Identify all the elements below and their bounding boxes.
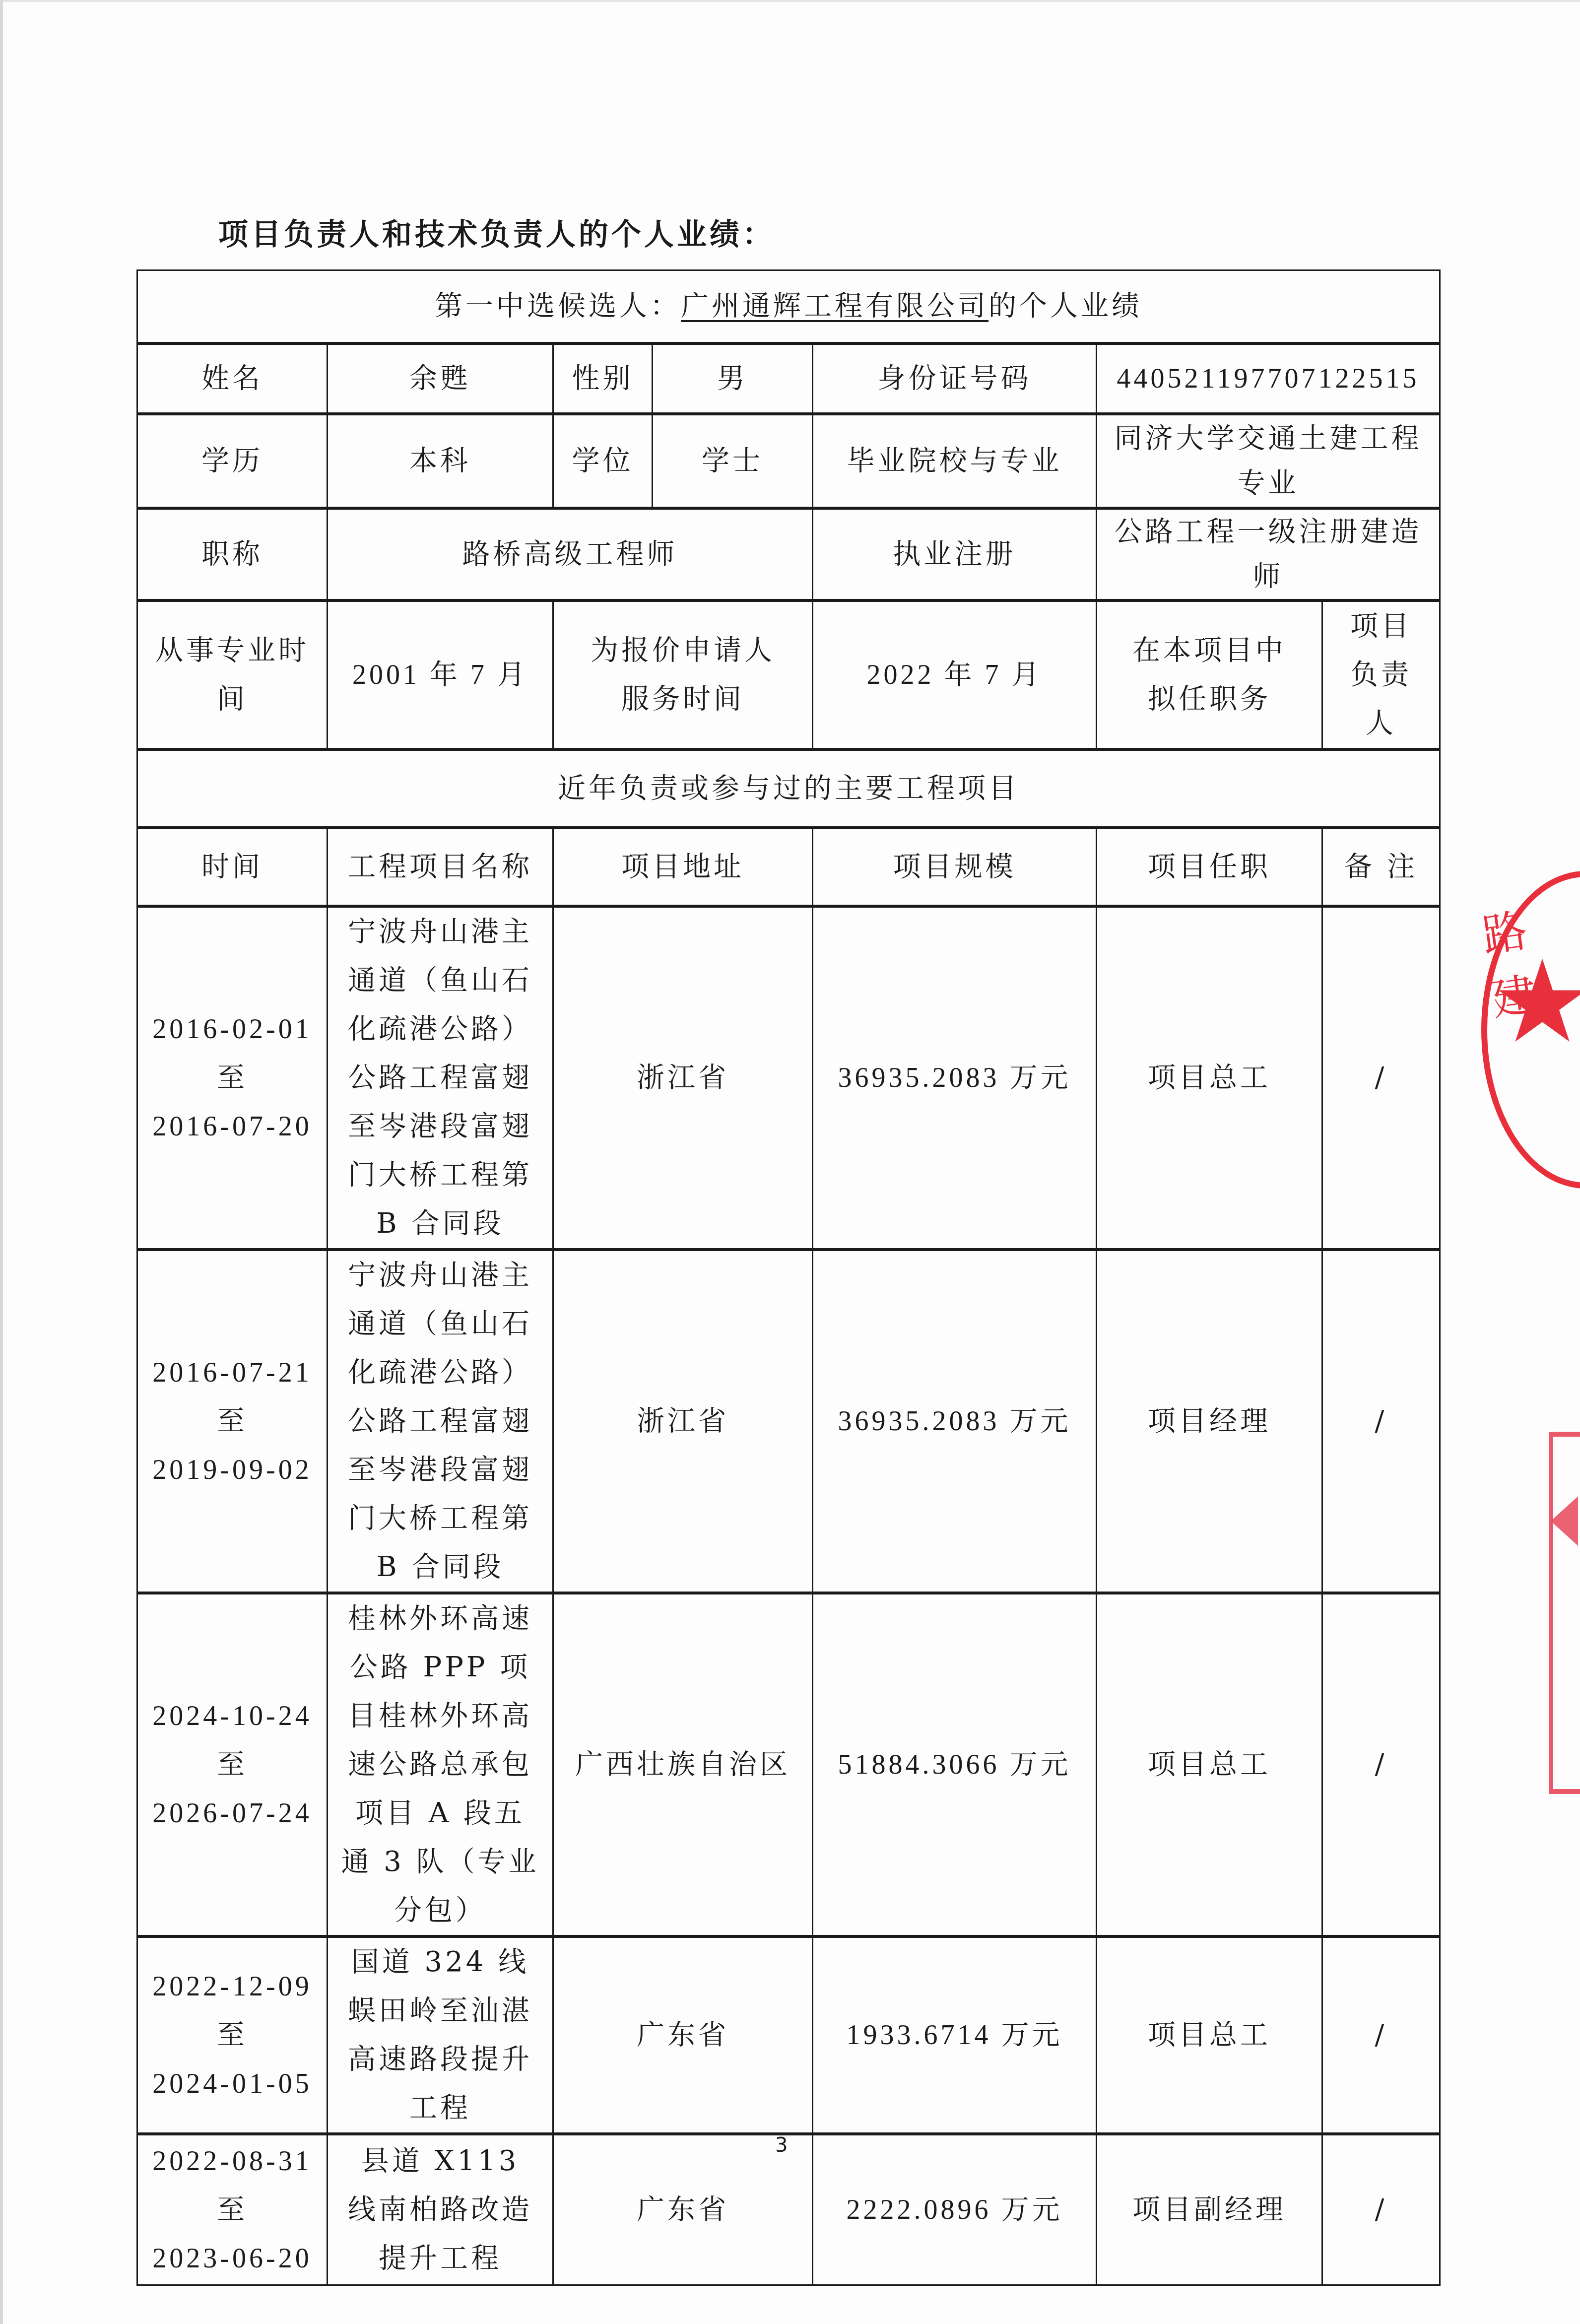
project-name: 国道 324 线蜈田岭至汕湛高速路段提升工程 bbox=[328, 1936, 553, 2134]
header-scale: 项目规模 bbox=[813, 828, 1097, 906]
project-time: 2016-02-01 至 2016-07-20 bbox=[137, 906, 328, 1250]
header-position: 项目任职 bbox=[1097, 828, 1322, 906]
project-name: 县道 X113 线南柏路改造提升工程 bbox=[328, 2134, 553, 2285]
gender-label: 性别 bbox=[553, 343, 653, 414]
projects-section-row: 近年负责或参与过的主要工程项目 bbox=[137, 749, 1440, 828]
title-label: 职称 bbox=[137, 508, 328, 600]
project-remark: / bbox=[1322, 906, 1440, 1250]
project-location: 广西壮族自治区 bbox=[553, 1593, 813, 1936]
project-location: 广东省 bbox=[553, 2134, 813, 2285]
projects-section-title: 近年负责或参与过的主要工程项目 bbox=[137, 749, 1440, 828]
page-edge bbox=[0, 0, 3, 2324]
id-label: 身份证号码 bbox=[813, 343, 1097, 414]
project-time: 2022-08-31 至 2023-06-20 bbox=[137, 2134, 328, 2285]
star-icon: ★ bbox=[1491, 945, 1580, 1060]
project-row: 2022-08-31 至 2023-06-20 县道 X113 线南柏路改造提升… bbox=[137, 2134, 1440, 2285]
projects-header-row: 时间 工程项目名称 项目地址 项目规模 项目任职 备 注 bbox=[137, 828, 1440, 906]
project-remark: / bbox=[1322, 1250, 1440, 1593]
header-remark: 备 注 bbox=[1322, 828, 1440, 906]
project-remark: / bbox=[1322, 1593, 1440, 1936]
table-title: 第一中选候选人：广州通辉工程有限公司的个人业绩 bbox=[137, 270, 1440, 343]
project-time: 2016-07-21 至 2019-09-02 bbox=[137, 1250, 328, 1593]
table-row: 姓名 余甦 性别 男 身份证号码 440521197707122515 bbox=[137, 343, 1440, 414]
project-position: 项目总工 bbox=[1097, 1936, 1322, 2134]
header-project-name: 工程项目名称 bbox=[328, 828, 553, 906]
project-scale: 2222.0896 万元 bbox=[813, 2134, 1097, 2285]
project-position: 项目副经理 bbox=[1097, 2134, 1322, 2285]
page-number: 3 bbox=[775, 2134, 788, 2157]
career-start-label: 从事专业时间 bbox=[137, 600, 328, 749]
project-location: 广东省 bbox=[553, 1936, 813, 2134]
header-time: 时间 bbox=[137, 828, 328, 906]
career-start-value: 2001 年 7 月 bbox=[328, 600, 553, 749]
table-row: 学历 本科 学位 学士 毕业院校与专业 同济大学交通土建工程专业 bbox=[137, 414, 1440, 508]
project-position: 项目总工 bbox=[1097, 1593, 1322, 1936]
name-value: 余甦 bbox=[328, 343, 553, 414]
education-label: 学历 bbox=[137, 414, 328, 508]
registration-value: 公路工程一级注册建造师 bbox=[1097, 508, 1440, 600]
title-value: 路桥高级工程师 bbox=[328, 508, 813, 600]
degree-value: 学士 bbox=[653, 414, 813, 508]
project-scale: 51884.3066 万元 bbox=[813, 1593, 1097, 1936]
project-location: 浙江省 bbox=[553, 1250, 813, 1593]
project-row: 2016-02-01 至 2016-07-20 宁波舟山港主通道（鱼山石化疏港公… bbox=[137, 906, 1440, 1250]
project-position: 项目总工 bbox=[1097, 906, 1322, 1250]
project-remark: / bbox=[1322, 2134, 1440, 2285]
table-title-row: 第一中选候选人：广州通辉工程有限公司的个人业绩 bbox=[137, 270, 1440, 343]
section-heading: 项目负责人和技术负责人的个人业绩： bbox=[218, 211, 775, 254]
project-time: 2022-12-09 至 2024-01-05 bbox=[137, 1936, 328, 2134]
project-row: 2024-10-24 至 2026-07-24 桂林外环高速公路 PPP 项目桂… bbox=[137, 1593, 1440, 1936]
gender-value: 男 bbox=[653, 343, 813, 414]
partial-seal bbox=[1549, 1432, 1580, 1794]
service-value: 2022 年 7 月 bbox=[813, 600, 1097, 749]
name-label: 姓名 bbox=[137, 343, 328, 414]
seal-fragment-icon bbox=[1551, 1496, 1578, 1546]
role-label: 在本项目中拟任职务 bbox=[1097, 600, 1322, 749]
page-edge bbox=[0, 0, 1580, 2]
project-name: 宁波舟山港主通道（鱼山石化疏港公路）公路工程富翅至岑港段富翅门大桥工程第 B 合… bbox=[328, 906, 553, 1250]
project-scale: 36935.2083 万元 bbox=[813, 906, 1097, 1250]
header-location: 项目地址 bbox=[553, 828, 813, 906]
project-name: 桂林外环高速公路 PPP 项目桂林外环高速公路总承包项目 A 段五通 3 队（专… bbox=[328, 1593, 553, 1936]
registration-label: 执业注册 bbox=[813, 508, 1097, 600]
project-time: 2024-10-24 至 2026-07-24 bbox=[137, 1593, 328, 1936]
school-value: 同济大学交通土建工程专业 bbox=[1097, 414, 1440, 508]
project-row: 2022-12-09 至 2024-01-05 国道 324 线蜈田岭至汕湛高速… bbox=[137, 1936, 1440, 2134]
school-label: 毕业院校与专业 bbox=[813, 414, 1097, 508]
company-name: 广州通辉工程有限公司 bbox=[681, 290, 988, 322]
project-location: 浙江省 bbox=[553, 906, 813, 1250]
project-name: 宁波舟山港主通道（鱼山石化疏港公路）公路工程富翅至岑港段富翅门大桥工程第 B 合… bbox=[328, 1250, 553, 1593]
table-row: 职称 路桥高级工程师 执业注册 公路工程一级注册建造师 bbox=[137, 508, 1440, 600]
project-row: 2016-07-21 至 2019-09-02 宁波舟山港主通道（鱼山石化疏港公… bbox=[137, 1250, 1440, 1593]
degree-label: 学位 bbox=[553, 414, 653, 508]
education-value: 本科 bbox=[328, 414, 553, 508]
id-value: 440521197707122515 bbox=[1097, 343, 1440, 414]
project-remark: / bbox=[1322, 1936, 1440, 2134]
project-position: 项目经理 bbox=[1097, 1250, 1322, 1593]
performance-table: 第一中选候选人：广州通辉工程有限公司的个人业绩 姓名 余甦 性别 男 身份证号码… bbox=[136, 269, 1441, 2286]
project-scale: 36935.2083 万元 bbox=[813, 1250, 1097, 1593]
service-label: 为报价申请人服务时间 bbox=[553, 600, 813, 749]
table-row: 从事专业时间 2001 年 7 月 为报价申请人服务时间 2022 年 7 月 … bbox=[137, 600, 1440, 749]
project-scale: 1933.6714 万元 bbox=[813, 1936, 1097, 2134]
role-value: 项目负责人 bbox=[1322, 600, 1440, 749]
